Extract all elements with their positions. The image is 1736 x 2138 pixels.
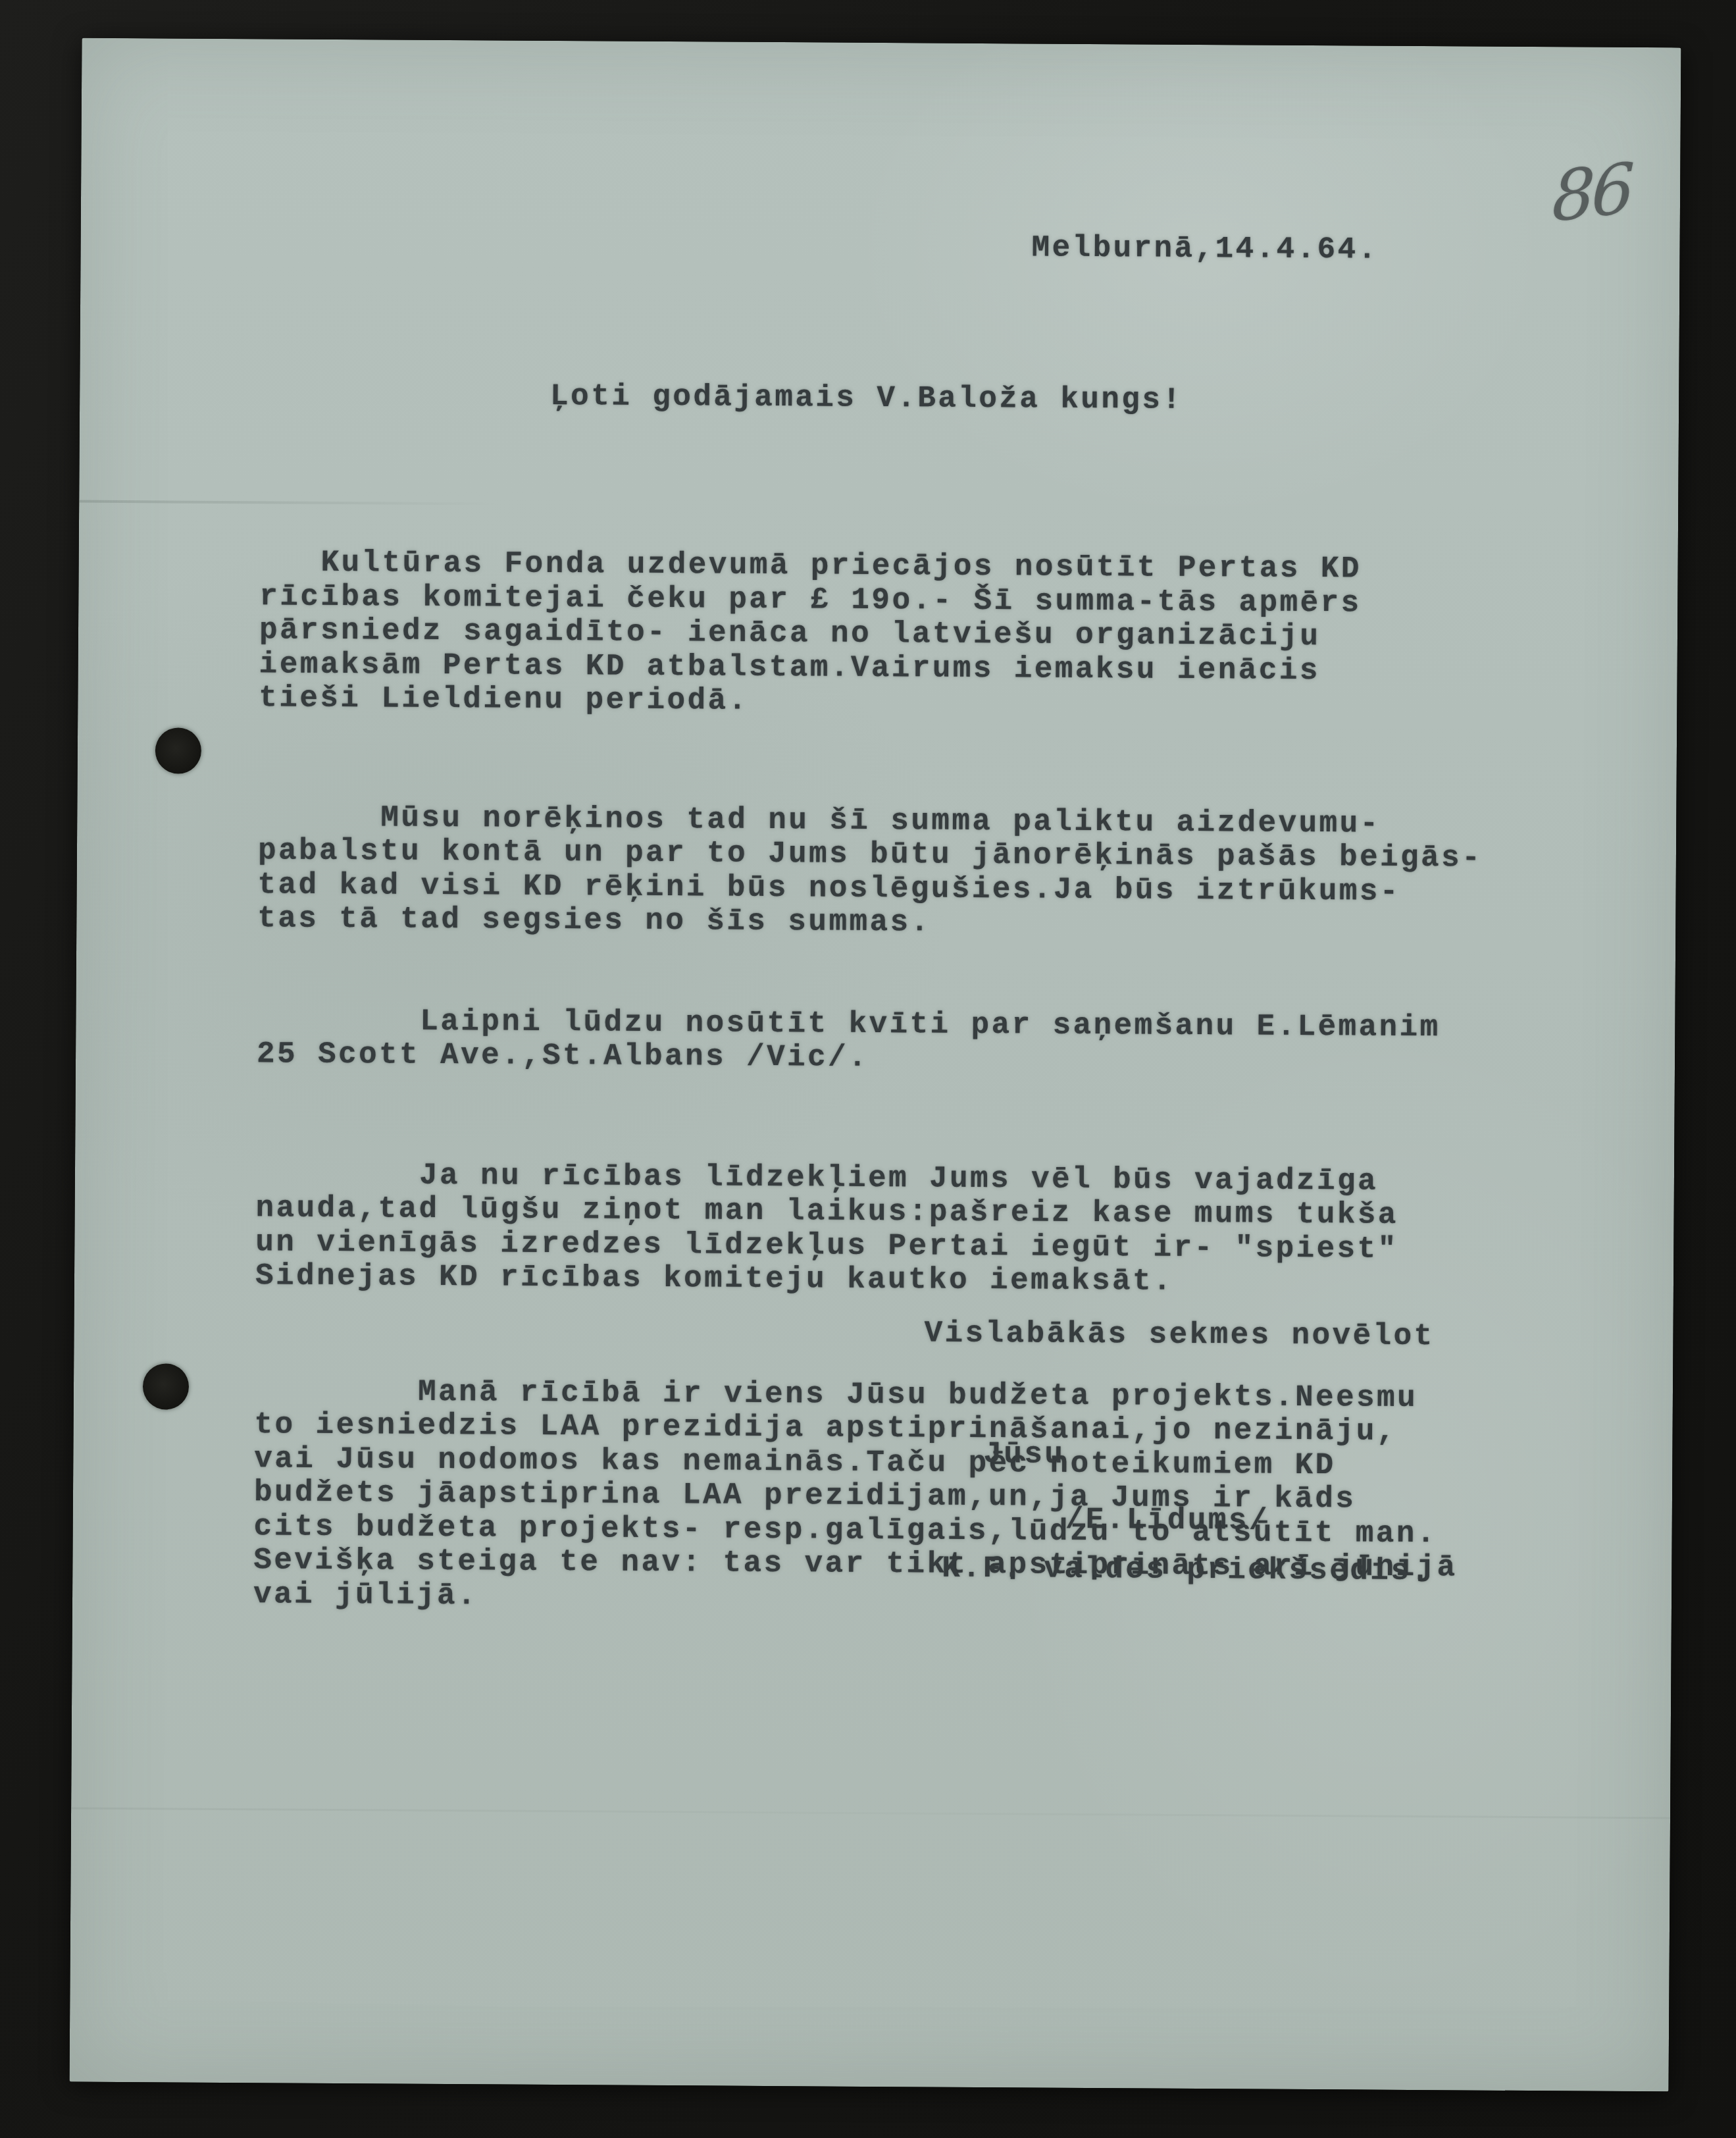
punch-hole-top xyxy=(155,727,201,773)
paragraph-4: Ja nu rīcības līdzekļiem Jums vēl būs va… xyxy=(255,1158,1481,1301)
signature-name: /E.Līdums/ xyxy=(1065,1503,1269,1538)
signature-title: K.F. valdes priekšsēdis. xyxy=(942,1552,1431,1589)
date-line: Melburnā,14.4.64. xyxy=(1031,231,1378,267)
handwritten-page-number: 86 xyxy=(1551,147,1631,238)
punch-hole-bottom xyxy=(143,1363,189,1409)
letter-paper: 86 Melburnā,14.4.64. Ļoti godājamais V.B… xyxy=(70,38,1681,2092)
signoff-line: Jūsu xyxy=(983,1438,1065,1472)
paragraph-2: Mūsu norēķinos tad nu šī summa paliktu a… xyxy=(257,800,1483,943)
paper-crease xyxy=(71,1808,1670,1819)
letter-body: Kultūras Fonda uzdevumā priecājos nosūtī… xyxy=(253,478,1484,1686)
paragraph-3: Laipni lūdzu nosūtīt kvīti par saņemšanu… xyxy=(257,1004,1481,1079)
closing-line: Vislabākās sekmes novēlot xyxy=(924,1317,1434,1353)
paragraph-1: Kultūras Fonda uzdevumā priecājos nosūtī… xyxy=(259,546,1484,723)
salutation: Ļoti godājamais V.Baloža kungs! xyxy=(550,380,1183,417)
